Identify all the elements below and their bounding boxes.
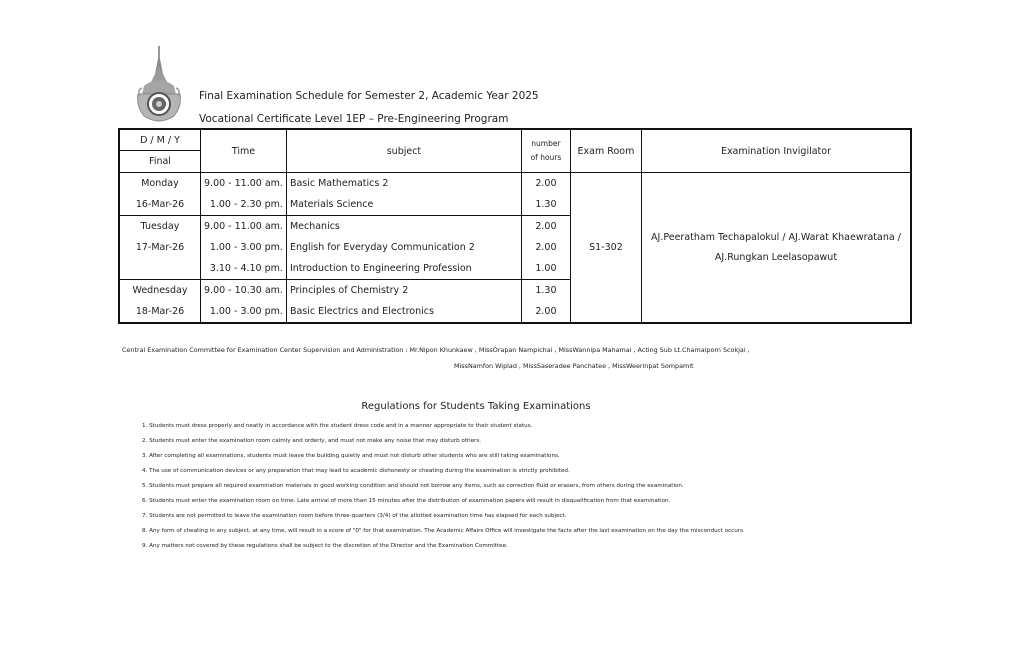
session-hours: 1.30 <box>525 194 567 215</box>
day-cell: Wednesday 18-Mar-26 <box>119 280 201 324</box>
session-hours: 2.00 <box>525 301 567 322</box>
table-row-monday: Monday 16-Mar-26 9.00 - 11.00 am. 1.00 -… <box>119 173 911 216</box>
session-hours: 1.30 <box>525 280 567 301</box>
time-cell: 9.00 - 11.00 am. 1.00 - 3.00 pm. 3.10 - … <box>201 216 287 280</box>
session-time: 9.00 - 11.00 am. <box>204 173 283 194</box>
regulations-list: 1. Students must dress properly and neat… <box>142 419 745 554</box>
session-time: 1.00 - 3.00 pm. <box>204 301 283 322</box>
day-name: Tuesday <box>123 216 197 237</box>
day-date: 16-Mar-26 <box>123 194 197 215</box>
session-subject: English for Everyday Communication 2 <box>290 237 518 258</box>
header-hours: number of hours <box>521 129 570 173</box>
header-hours-line2: of hours <box>525 151 567 165</box>
day-name: Monday <box>123 173 197 194</box>
day-name: Wednesday <box>123 280 197 301</box>
regulation-item: 5. Students must prepare all required ex… <box>142 479 745 494</box>
university-crest-icon <box>134 44 184 126</box>
invigilators: AJ.Peeratham Techapalokul / AJ.Warat Kha… <box>641 173 911 324</box>
session-hours: 2.00 <box>525 237 567 258</box>
session-hours: 2.00 <box>525 216 567 237</box>
session-time: 1.00 - 2.30 pm. <box>204 194 283 215</box>
exam-schedule-table: D / M / Y Time subject number of hours E… <box>118 128 912 324</box>
regulation-item: 6. Students must enter the examination r… <box>142 494 745 509</box>
day-cell: Tuesday 17-Mar-26 <box>119 216 201 280</box>
program-subtitle: Vocational Certificate Level 1EP – Pre-E… <box>199 113 508 125</box>
committee-line1: Central Examination Committee for Examin… <box>122 346 750 354</box>
session-hours: 1.00 <box>525 258 567 279</box>
subject-cell: Mechanics English for Everyday Communica… <box>286 216 521 280</box>
header-invigilator: Examination Invigilator <box>641 129 911 173</box>
hours-cell: 1.30 2.00 <box>521 280 570 324</box>
hours-cell: 2.00 2.00 1.00 <box>521 216 570 280</box>
regulation-item: 1. Students must dress properly and neat… <box>142 419 745 434</box>
time-cell: 9.00 - 10.30 am. 1.00 - 3.00 pm. <box>201 280 287 324</box>
session-subject: Basic Electrics and Electronics <box>290 301 518 322</box>
day-date: 18-Mar-26 <box>123 301 197 322</box>
regulation-item: 4. The use of communication devices or a… <box>142 464 745 479</box>
regulation-item: 3. After completing all examinations, st… <box>142 449 745 464</box>
subject-cell: Principles of Chemistry 2 Basic Electric… <box>286 280 521 324</box>
session-subject: Principles of Chemistry 2 <box>290 280 518 301</box>
regulations-title: Regulations for Students Taking Examinat… <box>0 401 952 412</box>
day-date: 17-Mar-26 <box>123 237 197 258</box>
regulation-item: 7. Students are not permitted to leave t… <box>142 509 745 524</box>
committee-line2: MissNamfon Wiplad , MissSaseradee Pancha… <box>454 362 694 370</box>
header-room: Exam Room <box>570 129 641 173</box>
subject-cell: Basic Mathematics 2 Materials Science <box>286 173 521 216</box>
regulation-item: 8. Any form of cheating in any subject, … <box>142 524 745 539</box>
header-date: D / M / Y <box>119 129 201 151</box>
invigilator-line2: AJ.Rungkan Leelasopawut <box>645 248 907 268</box>
session-time: 1.00 - 3.00 pm. <box>204 237 283 258</box>
session-subject: Mechanics <box>290 216 518 237</box>
header-final: Final <box>119 151 201 173</box>
session-subject: Basic Mathematics 2 <box>290 173 518 194</box>
document-title: Final Examination Schedule for Semester … <box>199 90 539 102</box>
hours-cell: 2.00 1.30 <box>521 173 570 216</box>
session-subject: Materials Science <box>290 194 518 215</box>
regulation-item: 2. Students must enter the examination r… <box>142 434 745 449</box>
header-time: Time <box>201 129 287 173</box>
session-time: 3.10 - 4.10 pm. <box>204 258 283 279</box>
session-subject: Introduction to Engineering Profession <box>290 258 518 279</box>
time-cell: 9.00 - 11.00 am. 1.00 - 2.30 pm. <box>201 173 287 216</box>
header-hours-line1: number <box>525 137 567 151</box>
exam-room: S1-302 <box>570 173 641 324</box>
day-cell: Monday 16-Mar-26 <box>119 173 201 216</box>
session-time: 9.00 - 11.00 am. <box>204 216 283 237</box>
header-subject: subject <box>286 129 521 173</box>
invigilator-line1: AJ.Peeratham Techapalokul / AJ.Warat Kha… <box>645 228 907 248</box>
session-hours: 2.00 <box>525 173 567 194</box>
session-time: 9.00 - 10.30 am. <box>204 280 283 301</box>
regulation-item: 9. Any matters not covered by these regu… <box>142 539 745 554</box>
